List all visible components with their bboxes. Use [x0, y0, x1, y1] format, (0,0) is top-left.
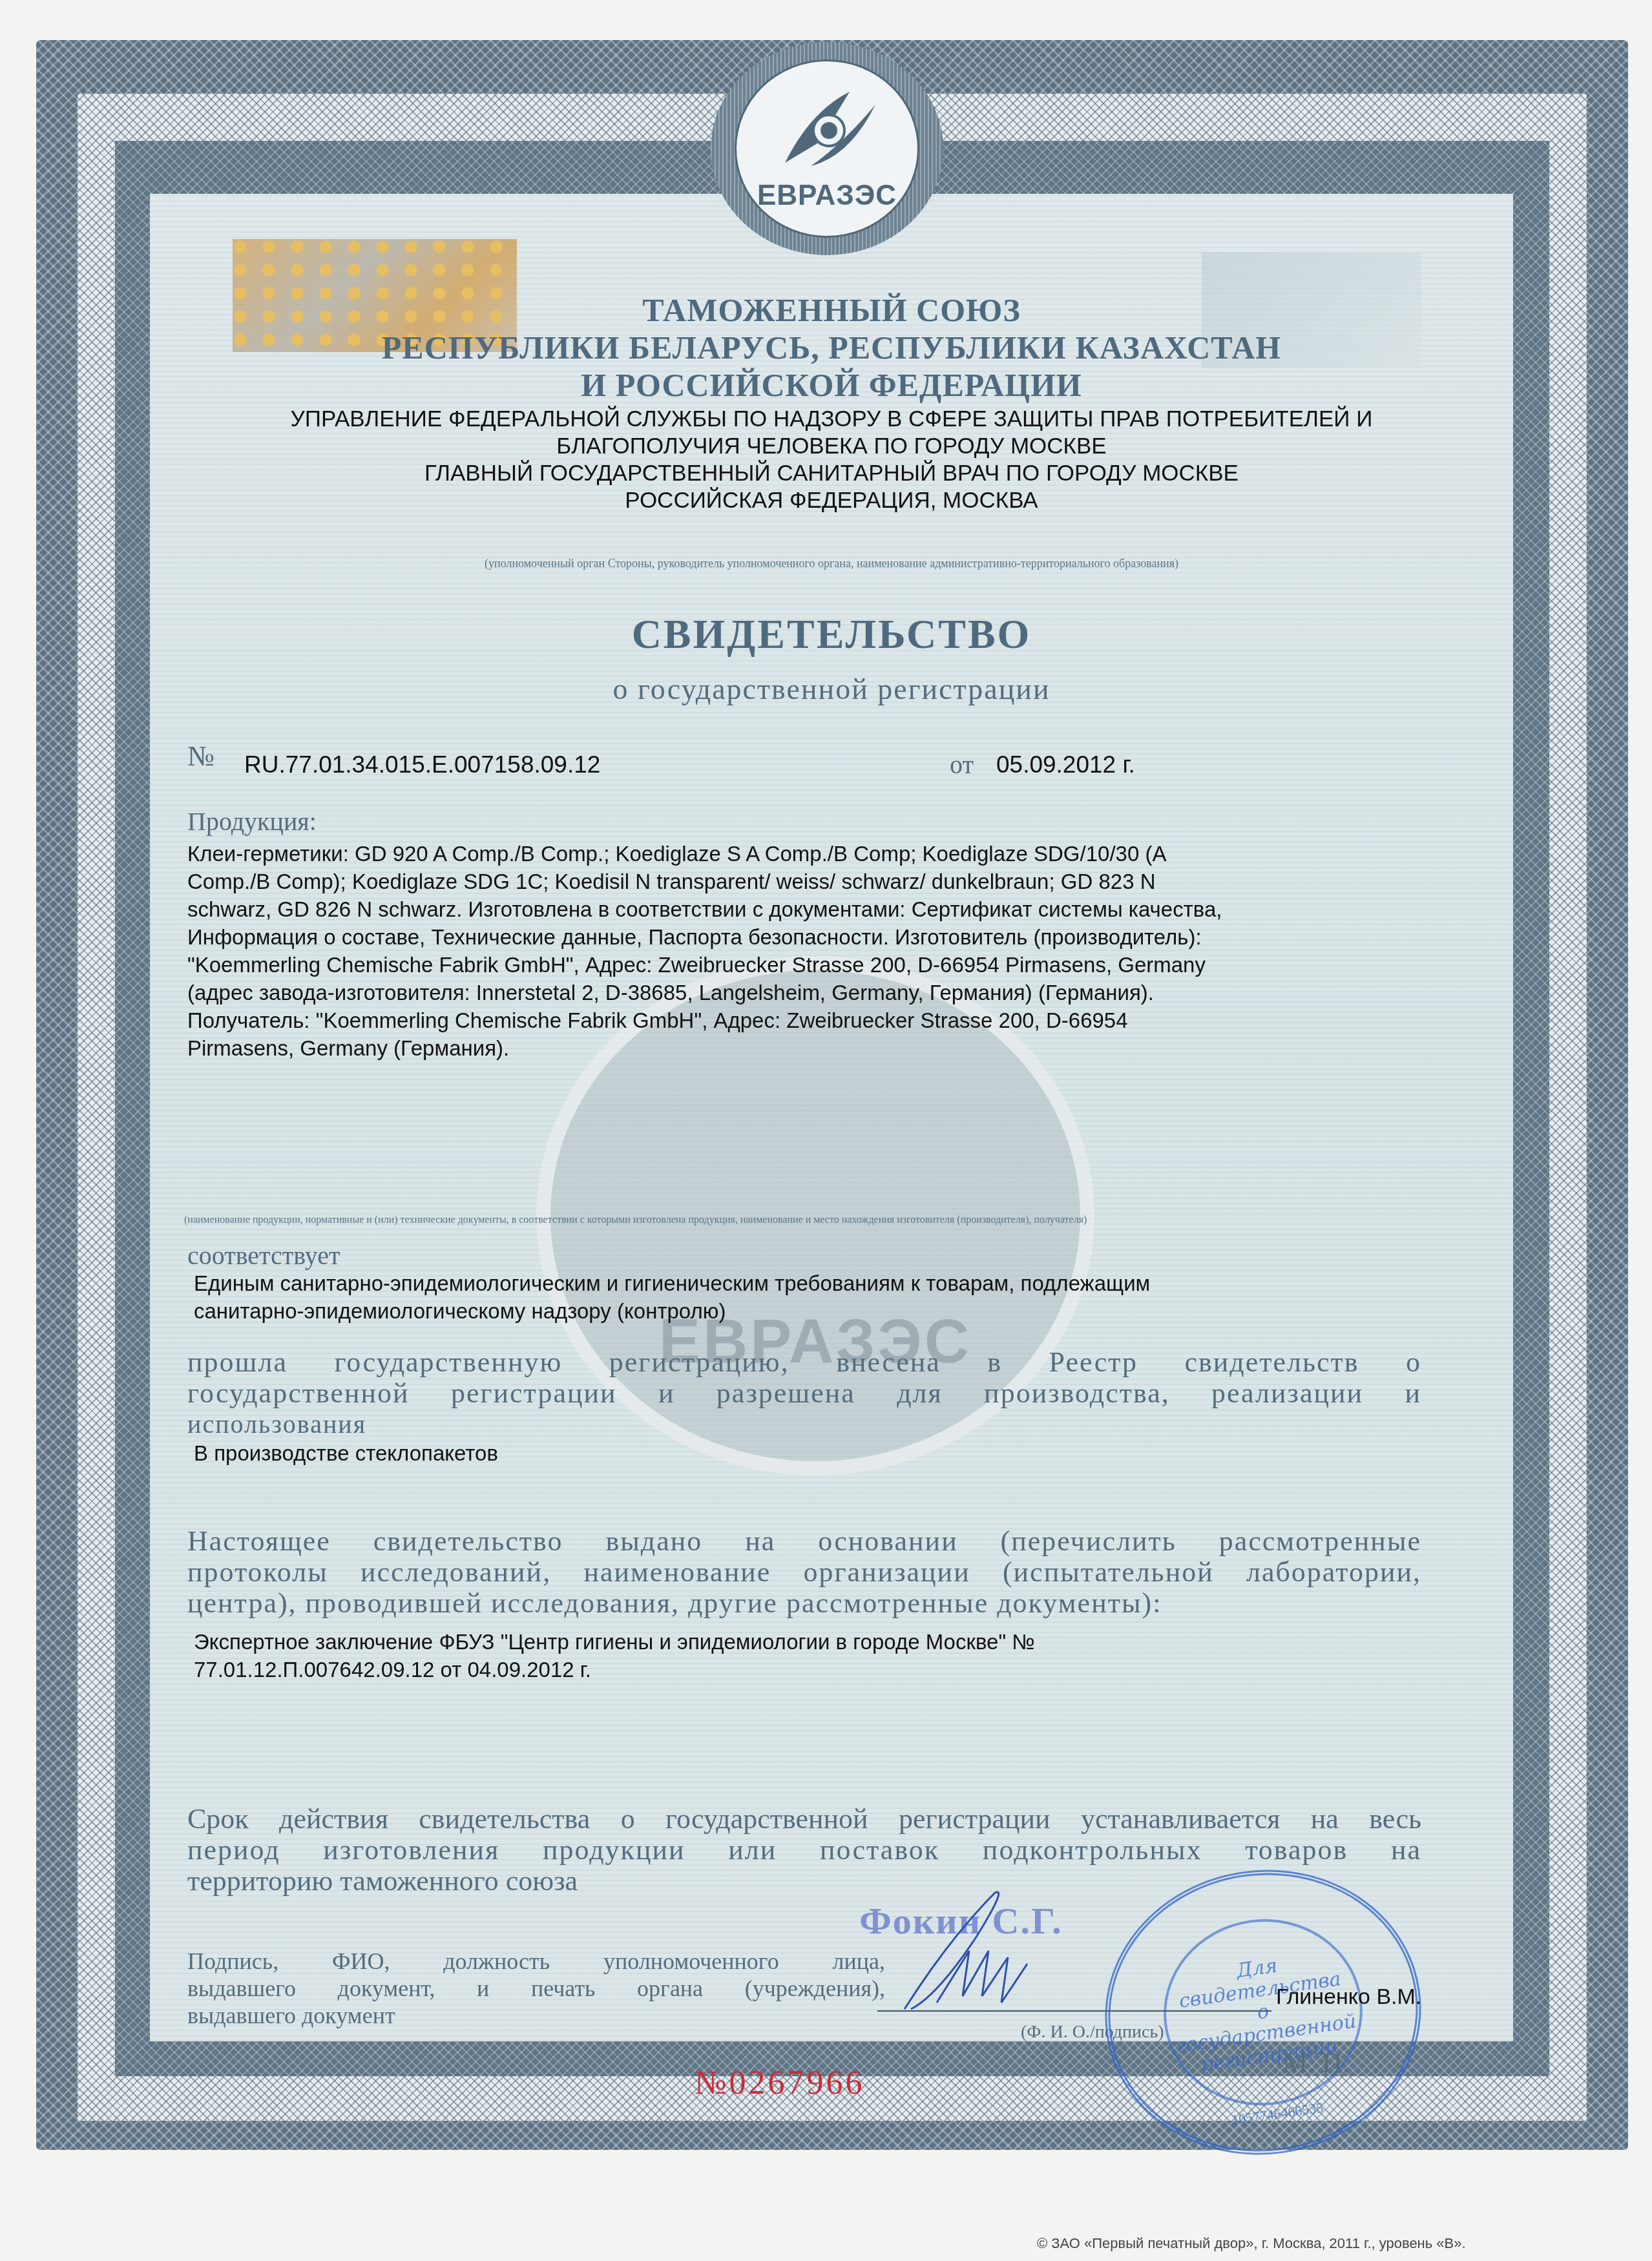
- validity-line: Срок действия свидетельства о государств…: [187, 1804, 1421, 1835]
- emblem: ЕВРАЗЭС: [698, 39, 956, 258]
- emblem-circle: ЕВРАЗЭС: [735, 59, 919, 238]
- product-line: Pirmasens, Germany (Германия).: [187, 1034, 1467, 1062]
- statement-line: использования: [187, 1409, 1421, 1440]
- evrazes-logo-icon: [772, 85, 882, 176]
- emblem-label: ЕВРАЗЭС: [757, 180, 897, 212]
- certificate-subtitle: о государственной регистрации: [150, 672, 1513, 706]
- product-description: Клеи-герметики: GD 920 A Comp./B Comp.; …: [187, 840, 1467, 1062]
- agency-line-1: УПРАВЛЕНИЕ ФЕДЕРАЛЬНОЙ СЛУЖБЫ ПО НАДЗОРУ…: [150, 406, 1513, 433]
- agency-caption: (уполномоченный орган Стороны, руководит…: [150, 557, 1513, 570]
- basis-value-line: Экспертное заключение ФБУЗ "Центр гигиен…: [194, 1628, 1460, 1656]
- signature-label-line: Подпись, ФИО, должность уполномоченного …: [187, 1948, 885, 1975]
- basis-value-line: 77.01.12.П.007642.09.12 от 04.09.2012 г.: [194, 1656, 1460, 1683]
- product-line: Comp./B Comp); Koediglaze SDG 1C; Koedis…: [187, 868, 1467, 895]
- agency-line-4: РОССИЙСКАЯ ФЕДЕРАЦИЯ, МОСКВА: [150, 487, 1513, 514]
- basis-value: Экспертное заключение ФБУЗ "Центр гигиен…: [194, 1628, 1460, 1683]
- registration-statement: прошла государственную регистрацию, внес…: [187, 1347, 1421, 1440]
- signature-label-line: выдавшего документ, и печать органа (учр…: [187, 1975, 885, 2002]
- emblem-seal: ЕВРАЗЭС: [711, 42, 943, 255]
- registration-number: RU.77.01.34.015.Е.007158.09.12: [244, 751, 600, 778]
- basis-line: протоколы исследований, наименование орг…: [187, 1557, 1421, 1588]
- usage-value: В производстве стеклопакетов: [194, 1439, 498, 1467]
- union-line-2: РЕСПУБЛИКИ БЕЛАРУСЬ, РЕСПУБЛИКИ КАЗАХСТА…: [150, 329, 1513, 366]
- product-line: "Koemmerling Chemische Fabrik GmbH", Адр…: [187, 951, 1467, 979]
- product-line: Получатель: "Koemmerling Chemische Fabri…: [187, 1006, 1467, 1034]
- product-line: Клеи-герметики: GD 920 A Comp./B Comp.; …: [187, 840, 1467, 868]
- signature-label-line: выдавшего документ: [187, 2002, 885, 2029]
- basis-statement: Настоящее свидетельство выдано на основа…: [187, 1526, 1421, 1619]
- validity-line: период изготовления продукции или постав…: [187, 1835, 1421, 1866]
- product-caption: (наименование продукции, нормативные и (…: [184, 1214, 1470, 1226]
- seal-place-label: М. П.: [1282, 2047, 1350, 2079]
- basis-line: центра), проводившей исследования, други…: [187, 1588, 1421, 1619]
- conformity-line: санитарно-эпидемиологическому надзору (к…: [194, 1297, 1460, 1325]
- agency-line-3: ГЛАВНЫЙ ГОСУДАРСТВЕННЫЙ САНИТАРНЫЙ ВРАЧ …: [150, 460, 1513, 487]
- basis-line: Настоящее свидетельство выдано на основа…: [187, 1526, 1421, 1557]
- blank-serial-number: №0267966: [695, 2064, 865, 2102]
- registration-date: 05.09.2012 г.: [996, 751, 1135, 778]
- conformity-text: Единым санитарно-эпидемиологическим и ги…: [194, 1269, 1460, 1325]
- number-label: №: [187, 740, 214, 773]
- product-label: Продукция:: [187, 806, 317, 837]
- product-line: schwarz, GD 826 N schwarz. Изготовлена в…: [187, 895, 1467, 923]
- stamp-inner: Для свидетельства о государственной реги…: [1151, 1906, 1374, 2118]
- statement-line: прошла государственную регистрацию, внес…: [187, 1347, 1421, 1378]
- conformity-label: соответствует: [187, 1240, 340, 1271]
- signature-icon: [898, 1886, 1092, 2016]
- agency-line-2: БЛАГОПОЛУЧИЯ ЧЕЛОВЕКА ПО ГОРОДУ МОСКВЕ: [150, 433, 1513, 460]
- product-line: Информация о составе, Технические данные…: [187, 923, 1467, 951]
- signer-name: Глиненко В.М.: [1276, 1985, 1421, 2010]
- printer-note: © ЗАО «Первый печатный двор», г. Москва,…: [1037, 2235, 1466, 2252]
- signature-label: Подпись, ФИО, должность уполномоченного …: [187, 1948, 885, 2029]
- product-line: (адрес завода-изготовителя: Innerstetal …: [187, 979, 1467, 1006]
- certificate-title: СВИДЕТЕЛЬСТВО: [150, 610, 1513, 658]
- statement-line: государственной регистрации и разрешена …: [187, 1378, 1421, 1409]
- conformity-line: Единым санитарно-эпидемиологическим и ги…: [194, 1269, 1460, 1297]
- union-line-3: И РОССИЙСКОЙ ФЕДЕРАЦИИ: [150, 367, 1513, 403]
- union-line-1: ТАМОЖЕННЫЙ СОЮЗ: [150, 292, 1513, 328]
- date-label: от: [950, 749, 974, 780]
